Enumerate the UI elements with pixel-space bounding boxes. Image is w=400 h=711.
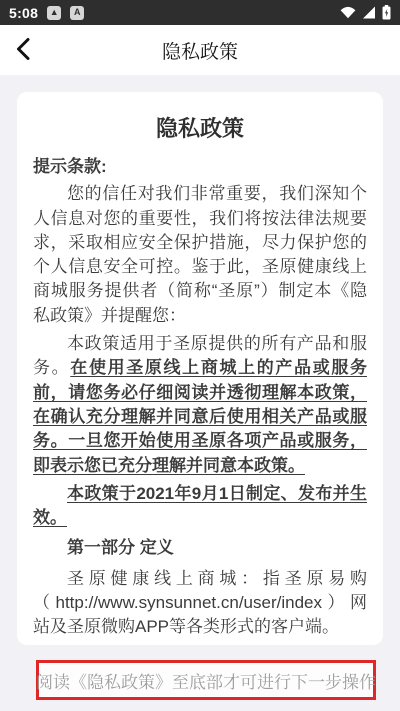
policy-paragraph: 第一部分 定义 [33, 536, 367, 560]
read-to-bottom-notice-text: 阅读《隐私政策》至底部才可进行下一步操作 [36, 668, 376, 693]
status-bar: 5:08 ▲ A [0, 0, 400, 25]
back-button[interactable] [14, 25, 54, 75]
policy-heading: 隐私政策 [33, 112, 367, 143]
policy-body: 提示条款:您的信任对我们非常重要，我们深知个人信息对您的重要性，我们将按法律法规… [33, 155, 367, 640]
policy-paragraph: 提示条款: [33, 155, 367, 179]
signal-icon [362, 6, 376, 19]
page-title: 隐私政策 [162, 37, 238, 64]
policy-content-card[interactable]: 隐私政策 提示条款:您的信任对我们非常重要，我们深知个人信息对您的重要性，我们将… [17, 92, 383, 645]
status-icons [340, 5, 391, 20]
wifi-icon [340, 6, 356, 19]
photo-icon: ▲ [47, 6, 61, 20]
nav-bar: 隐私政策 [0, 25, 400, 75]
clock: 5:08 [9, 5, 38, 21]
policy-paragraph: 您的信任对我们非常重要，我们深知个人信息对您的重要性，我们将按法律法规要求，采取… [33, 182, 367, 328]
read-to-bottom-notice[interactable]: 阅读《隐私政策》至底部才可进行下一步操作 [36, 660, 376, 700]
letter-a-icon: A [70, 6, 84, 20]
battery-charging-icon [382, 5, 391, 20]
policy-paragraph: 本政策于2021年9月1日制定、发布并生效。 [33, 482, 367, 531]
policy-paragraph: 圣原健康线上商城：指圣原易购（http://www.synsunnet.cn/u… [33, 567, 367, 640]
chevron-left-icon [14, 37, 32, 64]
policy-paragraph: 本政策适用于圣原提供的所有产品和服务。在使用圣原线上商城上的产品或服务前，请您务… [33, 332, 367, 478]
